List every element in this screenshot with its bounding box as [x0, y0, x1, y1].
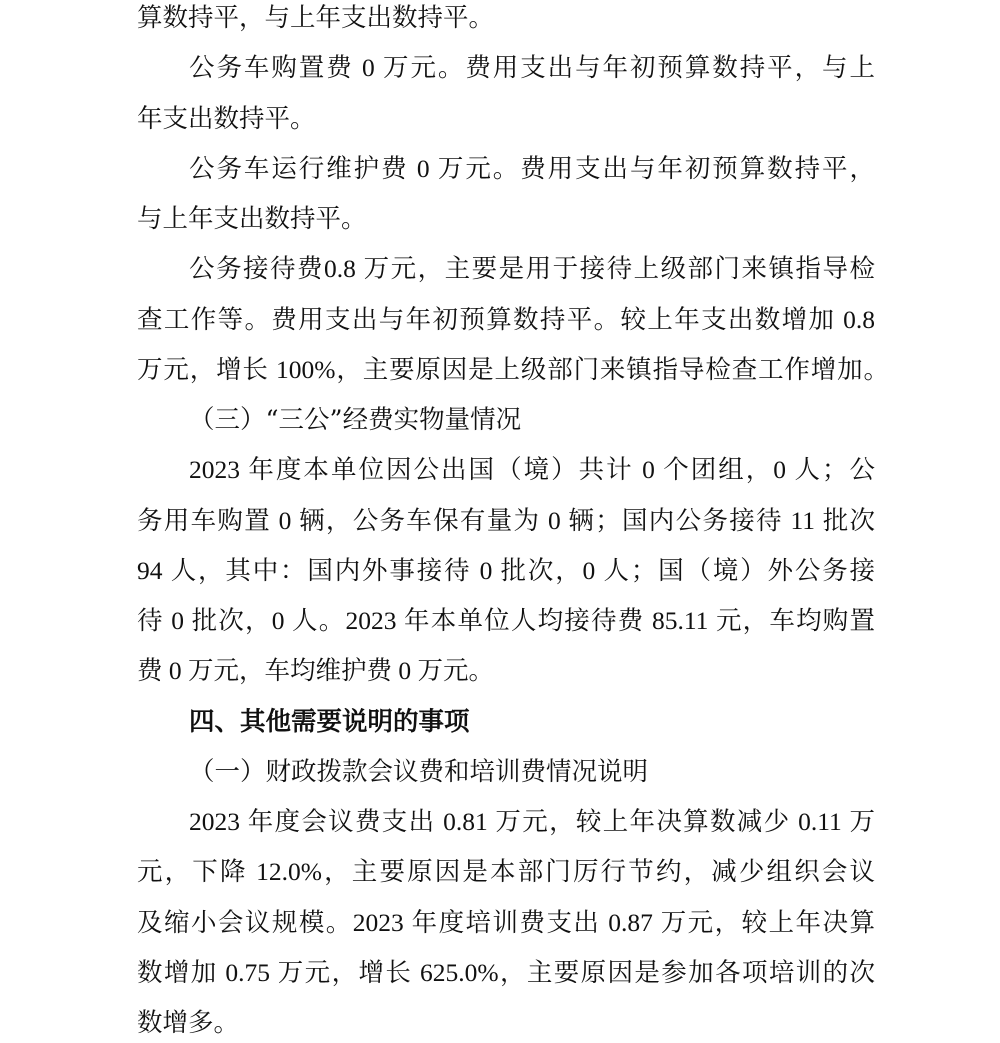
paragraph-meeting-training: 2023 年度会议费支出 0.81 万元，较上年决算数减少 0.11 万 元，下…: [137, 797, 875, 1043]
text-line: 算数持平，与上年支出数持平。: [137, 0, 875, 43]
text-line: 查工作等。费用支出与年初预算数持平。较上年支出数增加 0.8: [137, 295, 875, 345]
text-line: 待 0 批次，0 人。2023 年本单位人均接待费 85.11 元，车均购置: [137, 596, 875, 646]
text-line: 公务接待费0.8 万元，主要是用于接待上级部门来镇指导检: [137, 244, 875, 294]
text-line: 与上年支出数持平。: [137, 194, 875, 244]
paragraph-continued: 算数持平，与上年支出数持平。: [137, 0, 875, 43]
text-line: 2023 年度会议费支出 0.81 万元，较上年决算数减少 0.11 万: [137, 797, 875, 847]
text-line: 费 0 万元，车均维护费 0 万元。: [137, 646, 875, 696]
section-heading-four: 四、其他需要说明的事项: [137, 697, 875, 747]
text-line: 年支出数持平。: [137, 94, 875, 144]
paragraph-vehicle-purchase: 公务车购置费 0 万元。费用支出与年初预算数持平，与上 年支出数持平。: [137, 43, 875, 144]
text-line: 94 人，其中：国内外事接待 0 批次，0 人；国（境）外公务接: [137, 546, 875, 596]
paragraph-reception: 公务接待费0.8 万元，主要是用于接待上级部门来镇指导检 查工作等。费用支出与年…: [137, 244, 875, 395]
paragraph-physical-quantity: 2023 年度本单位因公出国（境）共计 0 个团组，0 人；公 务用车购置 0 …: [137, 445, 875, 696]
text-line: 及缩小会议规模。2023 年度培训费支出 0.87 万元，较上年决算: [137, 898, 875, 948]
text-line: 2023 年度本单位因公出国（境）共计 0 个团组，0 人；公: [137, 445, 875, 495]
text-line: 公务车运行维护费 0 万元。费用支出与年初预算数持平，: [137, 144, 875, 194]
text-line: 公务车购置费 0 万元。费用支出与年初预算数持平，与上: [137, 43, 875, 93]
subsection-heading-meeting-training: （一）财政拨款会议费和培训费情况说明: [137, 747, 875, 797]
text-line: 元，下降 12.0%，主要原因是本部门厉行节约，减少组织会议: [137, 847, 875, 897]
text-line: 万元，增长 100%，主要原因是上级部门来镇指导检查工作增加。: [137, 345, 889, 395]
text-line: 数增加 0.75 万元，增长 625.0%，主要原因是参加各项培训的次: [137, 948, 875, 998]
paragraph-vehicle-maintenance: 公务车运行维护费 0 万元。费用支出与年初预算数持平， 与上年支出数持平。: [137, 144, 875, 245]
text-line: 务用车购置 0 辆，公务车保有量为 0 辆；国内公务接待 11 批次: [137, 496, 875, 546]
text-line: 数增多。: [137, 998, 875, 1043]
document-page: 算数持平，与上年支出数持平。 公务车购置费 0 万元。费用支出与年初预算数持平，…: [137, 0, 875, 1043]
subsection-heading-physical-quantity: （三）“三公”经费实物量情况: [137, 395, 875, 445]
